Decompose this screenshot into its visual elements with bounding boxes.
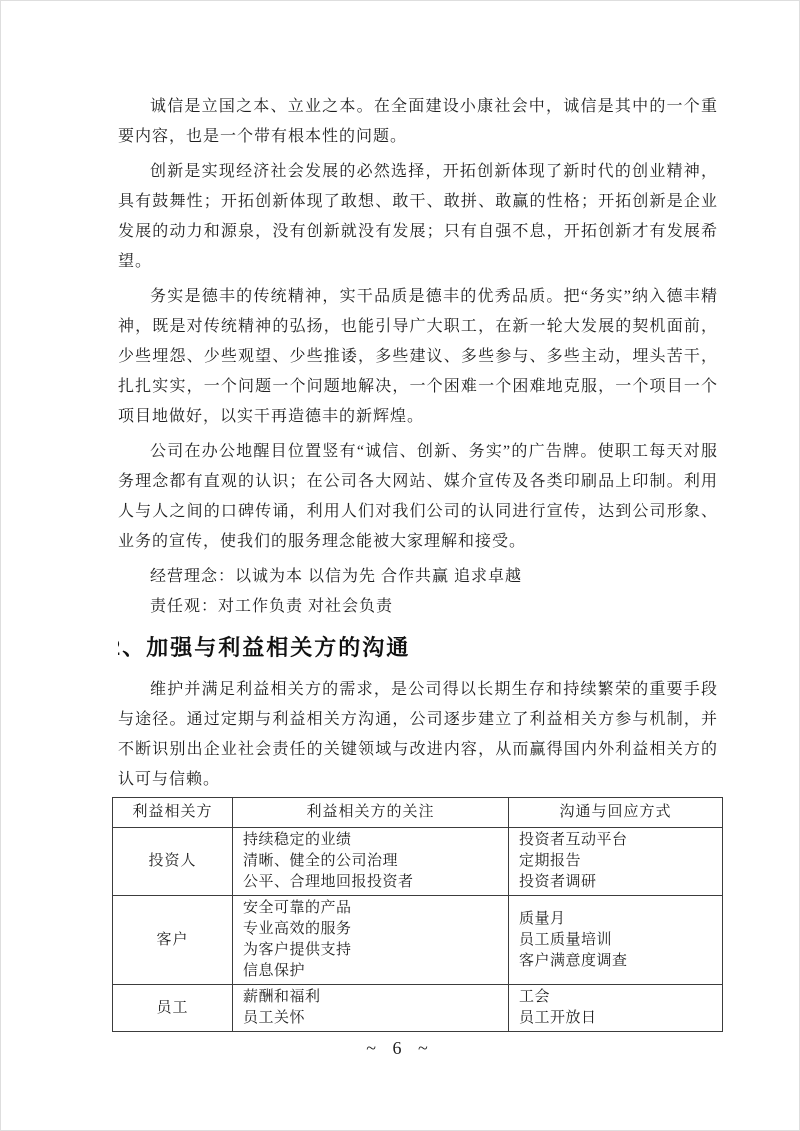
cell-line: 质量月 (519, 909, 712, 930)
header-cell-responses: 沟通与回应方式 (509, 798, 723, 828)
cell-line: 客户满意度调查 (519, 951, 712, 972)
cell-responses: 投资者互动平台 定期报告 投资者调研 (509, 828, 723, 896)
table-header-row: 利益相关方 利益相关方的关注 沟通与回应方式 (113, 798, 723, 828)
header-cell-concerns: 利益相关方的关注 (233, 798, 509, 828)
cell-line: 定期报告 (519, 851, 712, 872)
section-intro-paragraph: 维护并满足利益相关方的需求，是公司得以长期生存和持续繁荣的重要手段与途径。通过定… (118, 675, 718, 795)
body-paragraph: 诚信是立国之本、立业之本。在全面建设小康社会中，诚信是其中的一个重要内容，也是一… (118, 92, 718, 152)
body-paragraph: 务实是德丰的传统精神，实干品质是德丰的优秀品质。把“务实”纳入德丰精神，既是对传… (118, 282, 718, 432)
stakeholder-table-container: 利益相关方 利益相关方的关注 沟通与回应方式 投资人 持续稳定的业绩 清晰、健全… (112, 797, 722, 1032)
cell-responses: 质量月 员工质量培训 客户满意度调查 (509, 896, 723, 985)
cell-line: 员工关怀 (243, 1008, 498, 1029)
table-row-employees: 员工 薪酬和福利 员工关怀 工会 员工开放日 (113, 985, 723, 1032)
section-heading: 2、加强与利益相关方的沟通 (118, 630, 718, 666)
cell-line: 清晰、健全的公司治理 (243, 851, 498, 872)
table-row-customers: 客户 安全可靠的产品 专业高效的服务 为客户提供支持 信息保护 质量月 员工质量… (113, 896, 723, 985)
cell-line: 公平、合理地回报投资者 (243, 872, 498, 893)
page-number: ~ 6 ~ (0, 1038, 800, 1059)
cell-line: 持续稳定的业绩 (243, 830, 498, 851)
cell-line: 安全可靠的产品 (243, 898, 498, 919)
body-text-area: 诚信是立国之本、立业之本。在全面建设小康社会中，诚信是其中的一个重要内容，也是一… (118, 92, 718, 798)
cell-line: 信息保护 (243, 961, 498, 982)
cell-stakeholder: 客户 (113, 896, 233, 985)
cell-line: 为客户提供支持 (243, 940, 498, 961)
cell-line: 专业高效的服务 (243, 919, 498, 940)
cell-concerns: 安全可靠的产品 专业高效的服务 为客户提供支持 信息保护 (233, 896, 509, 985)
cell-line: 员工质量培训 (519, 930, 712, 951)
cell-stakeholder: 投资人 (113, 828, 233, 896)
cell-line: 投资者调研 (519, 872, 712, 893)
cell-concerns: 持续稳定的业绩 清晰、健全的公司治理 公平、合理地回报投资者 (233, 828, 509, 896)
cell-stakeholder: 员工 (113, 985, 233, 1032)
cell-line: 工会 (519, 987, 712, 1008)
cell-line: 薪酬和福利 (243, 987, 498, 1008)
cell-line: 投资者互动平台 (519, 830, 712, 851)
cell-line: 员工开放日 (519, 1008, 712, 1029)
body-paragraph: 创新是实现经济社会发展的必然选择，开拓创新体现了新时代的创业精神，具有鼓舞性；开… (118, 157, 718, 277)
stakeholder-table: 利益相关方 利益相关方的关注 沟通与回应方式 投资人 持续稳定的业绩 清晰、健全… (112, 797, 723, 1032)
cell-responses: 工会 员工开放日 (509, 985, 723, 1032)
cell-concerns: 薪酬和福利 员工关怀 (233, 985, 509, 1032)
header-cell-stakeholder: 利益相关方 (113, 798, 233, 828)
body-paragraph: 公司在办公地醒目位置竖有“诚信、创新、务实”的广告牌。使职工每天对服务理念都有直… (118, 437, 718, 557)
document-page: 诚信是立国之本、立业之本。在全面建设小康社会中，诚信是其中的一个重要内容，也是一… (0, 0, 800, 1131)
motto-line-business-philosophy: 经营理念：以诚为本 以信为先 合作共赢 追求卓越 (118, 562, 718, 592)
motto-line-responsibility-view: 责任观：对工作负责 对社会负责 (118, 592, 718, 622)
table-row-investors: 投资人 持续稳定的业绩 清晰、健全的公司治理 公平、合理地回报投资者 投资者互动… (113, 828, 723, 896)
